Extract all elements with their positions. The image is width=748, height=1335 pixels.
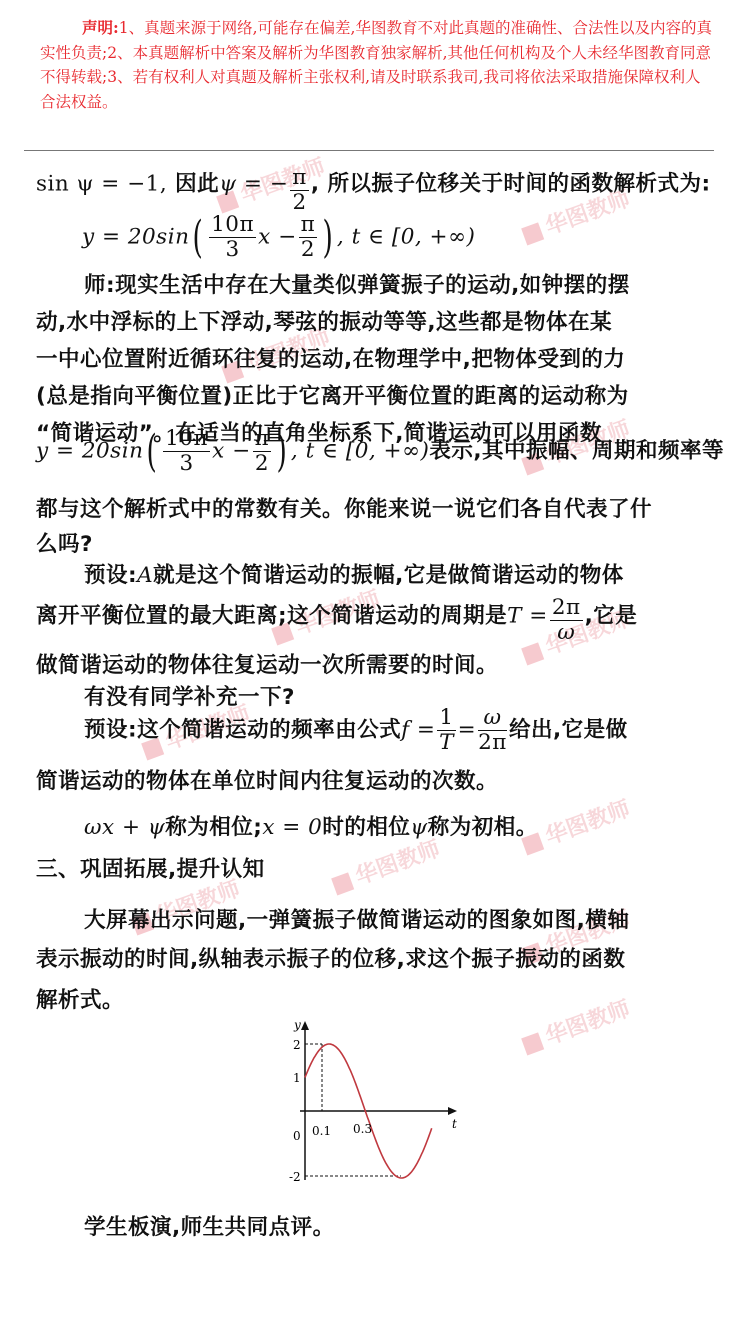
disclaimer-notice: 声明:1、真题来源于网络,可能存在偏差,华图教育不对此真题的准确性、合法性以及内…	[40, 16, 712, 114]
text: 预设:这个简谐运动的频率由公式	[84, 718, 401, 743]
text: 就是这个简谐运动的振幅,它是做简谐运动的物体	[153, 563, 624, 588]
right-paren: )	[323, 212, 334, 263]
y-tick-neg2: -2	[289, 1170, 301, 1184]
numerator: π	[253, 427, 272, 452]
denominator: 3	[209, 238, 256, 262]
section-heading: 三、巩固拓展,提升认知	[36, 852, 265, 883]
text-line: 做简谐运动的物体往复运动一次所需要的时间。	[36, 648, 498, 679]
math-domain: , t ∈ [0, +∞)	[291, 439, 429, 464]
fraction: π2	[299, 213, 318, 262]
equation: y = 20sin(10π3x −π2), t ∈ [0, +∞)	[82, 212, 475, 263]
equals: =	[458, 718, 477, 743]
left-paren: (	[193, 212, 204, 263]
text-line: 解析式。	[36, 983, 124, 1014]
fraction: 10π3	[163, 427, 210, 476]
text-line: 表示振动的时间,纵轴表示振子的位移,求这个振子振动的函数	[36, 942, 625, 973]
watermark-logo: 华图教师	[518, 992, 634, 1059]
math-phase: ωx + ψ	[84, 815, 165, 840]
text: 给出,它是做	[509, 718, 628, 743]
denominator: 3	[163, 452, 210, 476]
math-psi: ψ	[410, 815, 427, 840]
math-domain: , t ∈ [0, +∞)	[337, 225, 475, 250]
text-line: 离开平衡位置的最大距离;这个简谐运动的周期是T =2πω,它是	[36, 592, 637, 641]
math-psi: ψ = −	[219, 172, 288, 197]
watermark-icon	[521, 642, 544, 665]
text-line: 学生板演,师生共同点评。	[84, 1210, 335, 1241]
text: 称为相位;	[165, 815, 262, 840]
text: 因此	[175, 172, 219, 197]
text: 预设:	[84, 563, 137, 588]
origin-label: 0	[293, 1129, 301, 1143]
text-line: sin ψ = −1, 因此ψ = −π2, 所以振子位移关于时间的函数解析式为…	[36, 160, 711, 209]
text-line: 师:现实生活中存在大量类似弹簧振子的运动,如钟摆的摆	[84, 268, 630, 299]
text-line: ωx + ψ称为相位;x = 0时的相位ψ称为初相。	[84, 810, 538, 841]
numerator: 1	[437, 706, 455, 731]
denominator: T	[437, 731, 455, 755]
numerator: π	[299, 213, 318, 238]
denominator: 2	[253, 452, 272, 476]
text-line: 都与这个解析式中的常数有关。你能来说一说它们各自代表了什	[36, 492, 652, 523]
fraction: π2	[290, 166, 309, 215]
numerator: 10π	[209, 213, 256, 238]
disclaimer-label: 声明:	[82, 18, 119, 37]
text-line: 预设:这个简谐运动的频率由公式f =1T=ω2π给出,它是做	[84, 706, 628, 755]
denominator: ω	[550, 621, 583, 645]
right-paren: )	[277, 426, 288, 477]
math-y: y = 20sin	[36, 439, 143, 464]
text: 表示,其中振幅、周期和频率等	[429, 439, 724, 464]
y-tick-1: 1	[293, 1071, 301, 1085]
math-T: T =	[507, 604, 548, 629]
fraction: ω2π	[478, 706, 507, 755]
math-sin-psi: sin ψ = −1,	[36, 172, 167, 197]
text-line: 预设:A就是这个简谐运动的振幅,它是做简谐运动的物体	[84, 558, 624, 589]
fraction: 1T	[437, 706, 455, 755]
t-tick-0.1: 0.1	[312, 1124, 331, 1138]
equation-line: y = 20sin(10π3x −π2), t ∈ [0, +∞)表示,其中振幅…	[36, 426, 724, 477]
text: ,它是	[585, 604, 638, 629]
math-x: x −	[258, 225, 296, 250]
watermark-icon	[331, 872, 354, 895]
math-y: y = 20sin	[82, 225, 189, 250]
text: 称为初相。	[428, 815, 538, 840]
math-f: f =	[401, 718, 435, 743]
watermark-icon	[521, 1032, 544, 1055]
disclaimer-text: 1、真题来源于网络,可能存在偏差,华图教育不对此真题的准确性、合法性以及内容的真…	[40, 19, 712, 111]
header-divider	[24, 150, 714, 151]
oscillation-graph: y t 2 1 -2 0 0.1 0.3	[280, 1015, 480, 1185]
numerator: 2π	[550, 596, 583, 621]
left-paren: (	[147, 426, 158, 477]
t-axis-arrow-icon	[448, 1107, 457, 1115]
text-line: 动,水中浮标的上下浮动,琴弦的振动等等,这些都是物体在某	[36, 305, 612, 336]
watermark-logo: 华图教师	[328, 832, 444, 899]
t-tick-0.3: 0.3	[353, 1122, 372, 1136]
denominator: 2	[299, 238, 318, 262]
numerator: π	[290, 166, 309, 191]
math-x: x −	[212, 439, 250, 464]
text-line: (总是指向平衡位置)正比于它离开平衡位置的距离的运动称为	[36, 379, 629, 410]
text-line: 简谐运动的物体在单位时间内往复运动的次数。	[36, 764, 498, 795]
text-line: 大屏幕出示问题,一弹簧振子做简谐运动的图象如图,横轴	[84, 903, 629, 934]
numerator: ω	[478, 706, 507, 731]
fraction: 2πω	[550, 596, 583, 645]
denominator: 2π	[478, 731, 507, 755]
fraction: π2	[253, 427, 272, 476]
math-A: A	[137, 563, 153, 588]
text: , 所以振子位移关于时间的函数解析式为:	[311, 172, 711, 197]
text-line: 一中心位置附近循环往复的运动,在物理学中,把物体受到的力	[36, 342, 625, 373]
text: 时的相位	[322, 815, 410, 840]
numerator: 10π	[163, 427, 210, 452]
math-x0: x = 0	[262, 815, 322, 840]
y-axis-arrow-icon	[301, 1021, 309, 1030]
y-tick-2: 2	[293, 1038, 301, 1052]
fraction: 10π3	[209, 213, 256, 262]
y-axis-label: y	[293, 1018, 301, 1032]
watermark-icon	[521, 222, 544, 245]
text-line: 么吗?	[36, 527, 93, 558]
t-axis-label: t	[452, 1117, 457, 1131]
text: 离开平衡位置的最大距离;这个简谐运动的周期是	[36, 604, 507, 629]
